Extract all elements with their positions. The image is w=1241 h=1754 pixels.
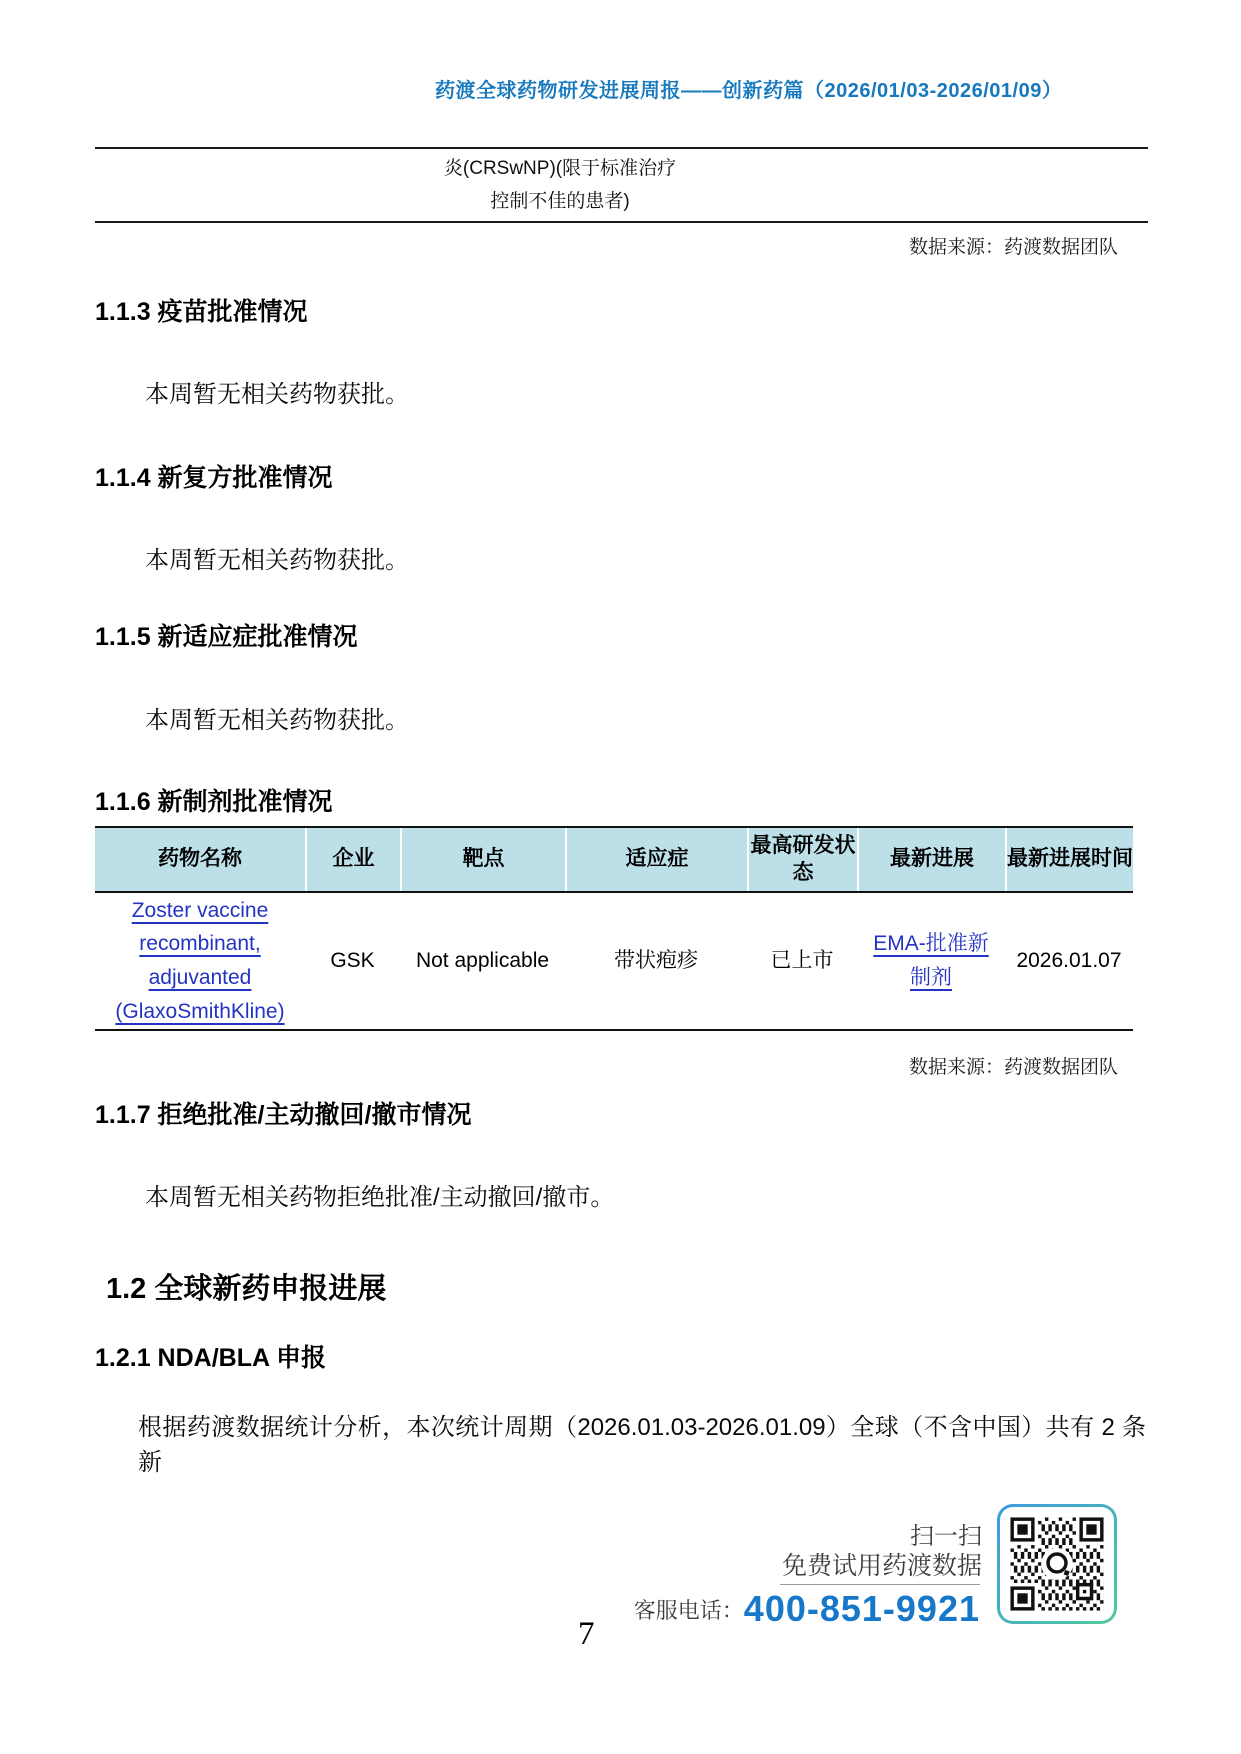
footer-scan-line2: 免费试用药渡数据: [782, 1546, 982, 1582]
company-cell: GSK: [305, 893, 400, 1029]
progress-date-cell: 2026.01.07: [1005, 893, 1133, 1029]
section-body-1-1-7: 本周暂无相关药物拒绝批准/主动撤回/撤市。: [145, 1177, 614, 1212]
qr-code-icon: [1007, 1514, 1107, 1614]
table-header-progress-date: 最新进展时间: [1005, 828, 1133, 891]
indication-cell: 带状疱疹: [565, 893, 747, 1029]
table-header-indication: 适应症: [565, 828, 747, 891]
section-body-1-1-5: 本周暂无相关药物获批。: [145, 700, 409, 735]
phone-number: 400-851-9921: [744, 1588, 980, 1630]
table-row: Zoster vaccine recombinant, adjuvanted (…: [95, 893, 1133, 1031]
section-body-1-1-4: 本周暂无相关药物获批。: [145, 540, 409, 575]
table-header-company: 企业: [305, 828, 400, 891]
table-header-target: 靶点: [400, 828, 565, 891]
page-header-title: 药渡全球药物研发进展周报——创新药篇（2026/01/03-2026/01/09…: [435, 74, 1062, 103]
section-title-1-1-3: 1.1.3 疫苗批准情况: [95, 292, 308, 328]
footer-divider: [780, 1584, 980, 1585]
fragment-table-bottom-rule: [95, 221, 1148, 223]
qr-code: [997, 1504, 1117, 1624]
footer-phone-line: 客服电话： 400-851-9921: [634, 1588, 980, 1630]
section-title-1-1-7: 1.1.7 拒绝批准/主动撤回/撤市情况: [95, 1095, 471, 1131]
table-header-drug-name: 药物名称: [95, 828, 305, 891]
section-title-1-1-6: 1.1.6 新制剂批准情况: [95, 782, 333, 818]
document-page: 药渡全球药物研发进展周报——创新药篇（2026/01/03-2026/01/09…: [0, 0, 1241, 1754]
latest-progress-link[interactable]: EMA-批准新制剂: [857, 893, 1005, 1029]
fragment-indication-line1: 炎(CRSwNP)(限于标准治疗: [310, 153, 810, 180]
data-source-note-1: 数据来源：药渡数据团队: [909, 232, 1118, 259]
phone-label: 客服电话：: [634, 1594, 744, 1625]
section-title-1-2: 1.2 全球新药申报进展: [106, 1266, 386, 1307]
section-body-1-2-1: 根据药渡数据统计分析，本次统计周期（2026.01.03-2026.01.09）…: [138, 1407, 1146, 1477]
section-title-1-1-5: 1.1.5 新适应症批准情况: [95, 617, 358, 653]
fragment-table-top-rule: [95, 147, 1148, 149]
section-title-1-1-4: 1.1.4 新复方批准情况: [95, 458, 333, 494]
section-title-1-2-1: 1.2.1 NDA/BLA 申报: [95, 1338, 326, 1374]
drug-name-link[interactable]: Zoster vaccine recombinant, adjuvanted (…: [95, 893, 305, 1029]
section-body-1-1-3: 本周暂无相关药物获批。: [145, 374, 409, 409]
table-header-latest-progress: 最新进展: [857, 828, 1005, 891]
table-header-row: 药物名称 企业 靶点 适应症 最高研发状态 最新进展 最新进展时间: [95, 826, 1133, 893]
qr-code-inner: [1000, 1507, 1114, 1621]
data-source-note-2: 数据来源：药渡数据团队: [909, 1052, 1118, 1079]
new-formulation-approval-table: 药物名称 企业 靶点 适应症 最高研发状态 最新进展 最新进展时间 Zoster…: [95, 826, 1133, 1031]
page-number: 7: [578, 1616, 595, 1653]
highest-status-cell: 已上市: [747, 893, 857, 1029]
target-cell: Not applicable: [400, 893, 565, 1029]
fragment-indication-line2: 控制不佳的患者): [310, 186, 810, 213]
table-header-highest-status: 最高研发状态: [747, 828, 857, 891]
